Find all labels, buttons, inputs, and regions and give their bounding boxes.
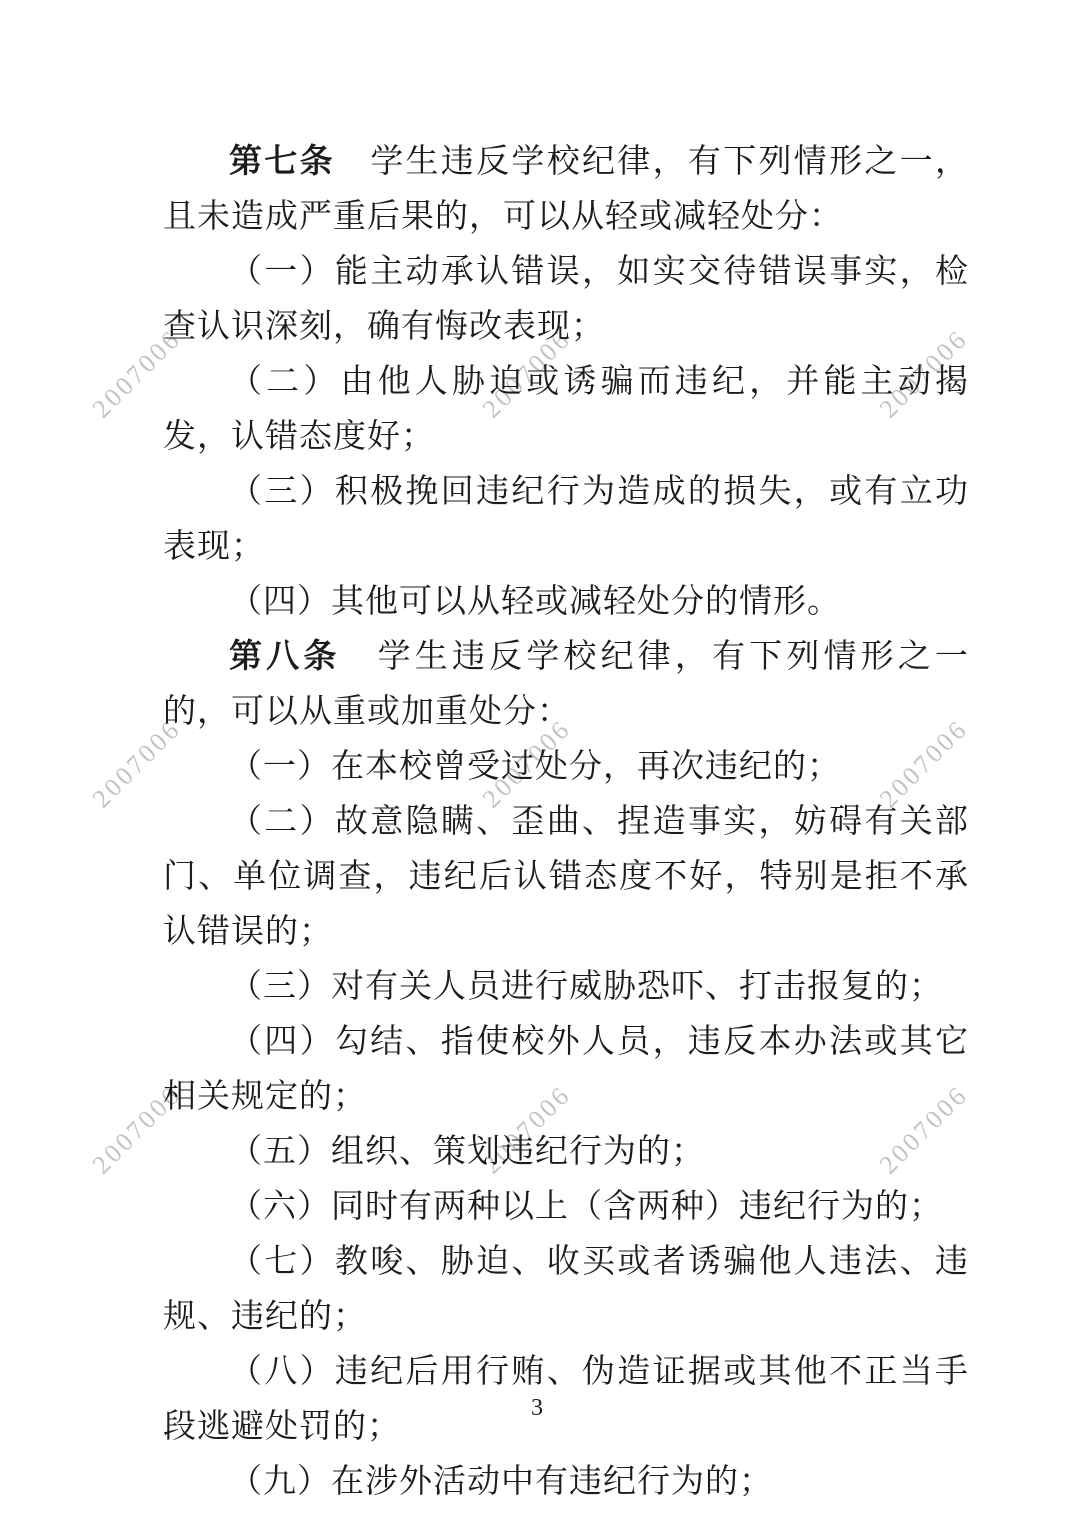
paragraph: （六）同时有两种以上（含两种）违纪行为的；	[163, 1180, 969, 1235]
paragraph-text: （五）组织、策划违纪行为的；	[229, 1134, 705, 1170]
paragraph-text: （一）能主动承认错误，如实交待错误事实，检查认识深刻，确有悔改表现；	[163, 254, 969, 345]
paragraph: （三）对有关人员进行威胁恐吓、打击报复的；	[163, 960, 969, 1015]
paragraph-text: （六）同时有两种以上（含两种）违纪行为的；	[229, 1189, 943, 1225]
paragraph: （一）在本校曾受过处分，再次违纪的；	[163, 740, 969, 795]
article-number: 第七条	[229, 144, 335, 180]
article-number: 第八条	[229, 639, 340, 675]
paragraph: （三）积极挽回违纪行为造成的损失，或有立功表现；	[163, 465, 969, 575]
paragraph: （二）故意隐瞒、歪曲、捏造事实，妨碍有关部门、单位调查，违纪后认错态度不好，特别…	[163, 795, 969, 960]
paragraph: （四）勾结、指使校外人员，违反本办法或其它相关规定的；	[163, 1015, 969, 1125]
paragraph-text: （二）由他人胁迫或诱骗而违纪，并能主动揭发，认错态度好；	[163, 364, 969, 455]
paragraph-text: （三）积极挽回违纪行为造成的损失，或有立功表现；	[163, 474, 969, 565]
paragraph: （七）教唆、胁迫、收买或者诱骗他人违法、违规、违纪的；	[163, 1235, 969, 1345]
paragraph-text: （九）在涉外活动中有违纪行为的；	[229, 1464, 773, 1500]
page-number: 3	[0, 1394, 1074, 1422]
document-page: 2007006200700620070062007006200700620070…	[0, 0, 1074, 1520]
paragraph-text: （三）对有关人员进行威胁恐吓、打击报复的；	[229, 969, 943, 1005]
paragraph-text: （一）在本校曾受过处分，再次违纪的；	[229, 749, 841, 785]
paragraph: 第七条 学生违反学校纪律，有下列情形之一，且未造成严重后果的，可以从轻或减轻处分…	[163, 135, 969, 245]
paragraph-text: （七）教唆、胁迫、收买或者诱骗他人违法、违规、违纪的；	[163, 1244, 969, 1335]
paragraph: （九）在涉外活动中有违纪行为的；	[163, 1455, 969, 1510]
paragraph-text: （四）勾结、指使校外人员，违反本办法或其它相关规定的；	[163, 1024, 969, 1115]
document-body: 第七条 学生违反学校纪律，有下列情形之一，且未造成严重后果的，可以从轻或减轻处分…	[163, 135, 969, 1510]
paragraph-text: （二）故意隐瞒、歪曲、捏造事实，妨碍有关部门、单位调查，违纪后认错态度不好，特别…	[163, 804, 969, 950]
paragraph: （五）组织、策划违纪行为的；	[163, 1125, 969, 1180]
paragraph: （一）能主动承认错误，如实交待错误事实，检查认识深刻，确有悔改表现；	[163, 245, 969, 355]
paragraph-text: （四）其他可以从轻或减轻处分的情形。	[229, 584, 841, 620]
paragraph: （四）其他可以从轻或减轻处分的情形。	[163, 575, 969, 630]
paragraph: 第八条 学生违反学校纪律，有下列情形之一的，可以从重或加重处分：	[163, 630, 969, 740]
paragraph: （二）由他人胁迫或诱骗而违纪，并能主动揭发，认错态度好；	[163, 355, 969, 465]
